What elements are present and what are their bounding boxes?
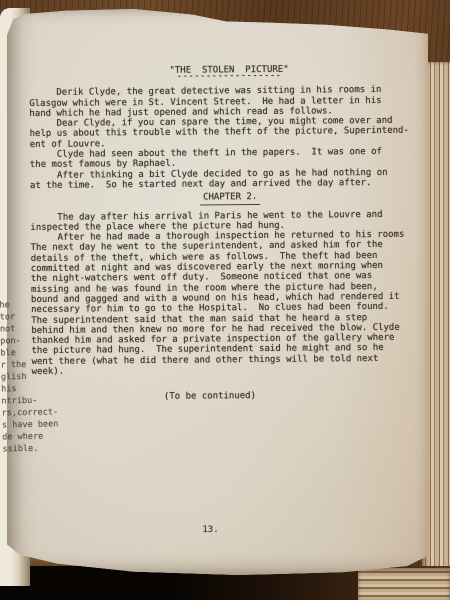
story-paragraphs-chapter-1: Derik Clyde, the great detective was sit…	[29, 85, 430, 191]
gutter-text-fragments: he tor not pon- ble r the glish his ntri…	[0, 299, 51, 456]
story-paragraphs-chapter-2: The day after his arrival in Paris he we…	[30, 209, 431, 377]
chapter-heading: CHAPTER 2.	[200, 192, 260, 205]
page-number: 13.	[7, 525, 414, 535]
photo-of-typewritten-book-page: "THE STOLEN PICTURE" ------------------ …	[0, 0, 450, 600]
story-title-block: "THE STOLEN PICTURE" ------------------	[29, 64, 429, 83]
typewritten-page: "THE STOLEN PICTURE" ------------------ …	[7, 9, 428, 575]
chapter-heading-line: CHAPTER 2.	[30, 191, 430, 207]
typed-text-area: "THE STOLEN PICTURE" ------------------ …	[29, 64, 432, 404]
book-page-stack-bottom-right	[358, 568, 450, 600]
